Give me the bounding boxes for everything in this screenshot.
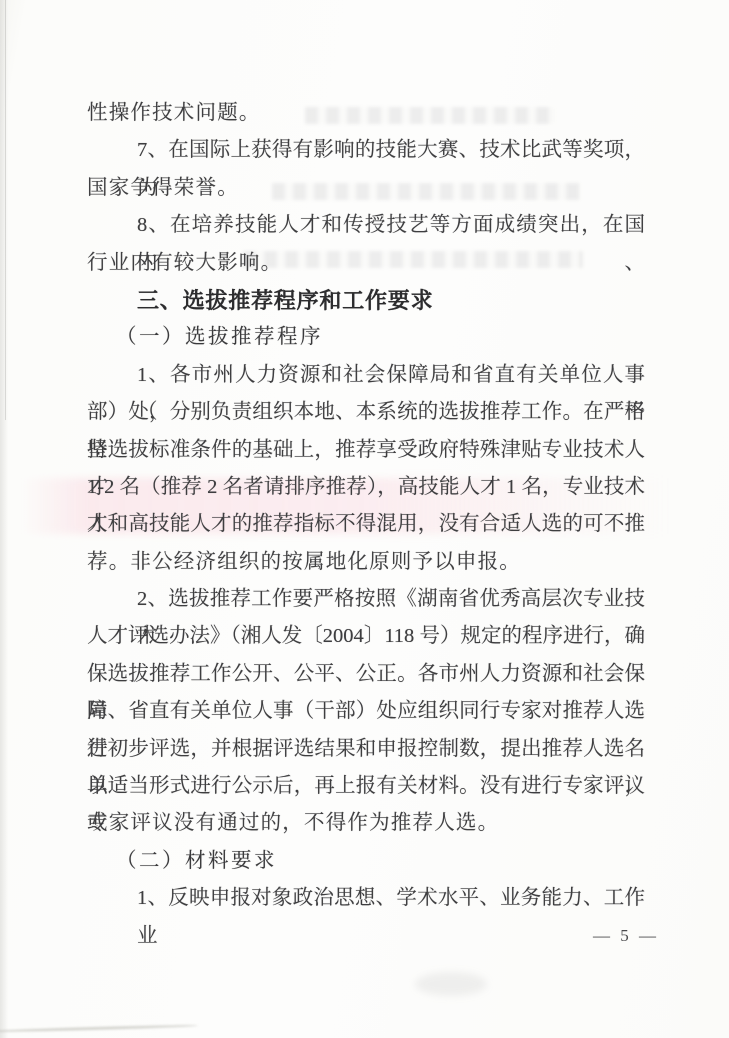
subsection-heading-2: （二）材料要求 [87, 843, 645, 880]
body-line: 局、省直有关单位人事（干部）处应组织同行专家对推荐人选进 [87, 693, 645, 730]
body-line: 2、选拔推荐工作要严格按照《湖南省优秀高层次专业技术 [87, 581, 645, 618]
body-line: 行初步评选，并根据评选结果和申报控制数，提出推荐人选名单， [87, 731, 645, 768]
body-line: 才和高技能人才的推荐指标不得混用，没有合适人选的可不推 [87, 506, 645, 543]
body-line: 国家争得荣誉。 [87, 170, 645, 207]
body-line: 8、在培养技能人才和传授技艺等方面成绩突出，在国内、 [87, 207, 645, 244]
document-body: 性操作技术问题。 7、在国际上获得有影响的技能大赛、技术比武等奖项，为 国家争得… [87, 95, 645, 918]
scan-left-edge-artifact [0, 0, 12, 1038]
body-line: 部）处，分别负责组织本地、本系统的选拔推荐工作。在严格坚 [87, 394, 645, 431]
body-line: 7、在国际上获得有影响的技能大赛、技术比武等奖项，为 [87, 132, 645, 169]
body-line: 人才评选办法》（湘人发〔2004〕118 号）规定的程序进行，确 [87, 618, 645, 655]
body-line: 1-2 名（推荐 2 名者请排序推荐），高技能人才 1 名，专业技术人 [87, 469, 645, 506]
body-line: 持选拔标准条件的基础上，推荐享受政府特殊津贴专业技术人才 [87, 432, 645, 469]
body-line: 性操作技术问题。 [87, 95, 645, 132]
page-number: — 5 — [593, 926, 659, 946]
body-line: 专家评议没有通过的，不得作为推荐人选。 [87, 805, 645, 842]
body-line: 以适当形式进行公示后，再上报有关材料。没有进行专家评议或 [87, 768, 645, 805]
subsection-heading-1: （一）选拔推荐程序 [87, 319, 645, 356]
body-line: 荐。非公经济组织的按属地化原则予以申报。 [87, 544, 645, 581]
scan-left-edge-line-artifact [5, 0, 6, 420]
scan-bottom-arc-artifact [0, 1024, 198, 1033]
document-page: 性操作技术问题。 7、在国际上获得有影响的技能大赛、技术比武等奖项，为 国家争得… [0, 0, 729, 1038]
body-line: 保选拔推荐工作公开、公平、公正。各市州人力资源和社会保障 [87, 656, 645, 693]
body-line: 1、各市州人力资源和社会保障局和省直有关单位人事（干 [87, 357, 645, 394]
body-line: 1、反映申报对象政治思想、学术水平、业务能力、工作业 [87, 880, 645, 917]
scan-smudge-artifact [415, 972, 487, 996]
section-heading: 三、选拔推荐程序和工作要求 [87, 282, 645, 319]
